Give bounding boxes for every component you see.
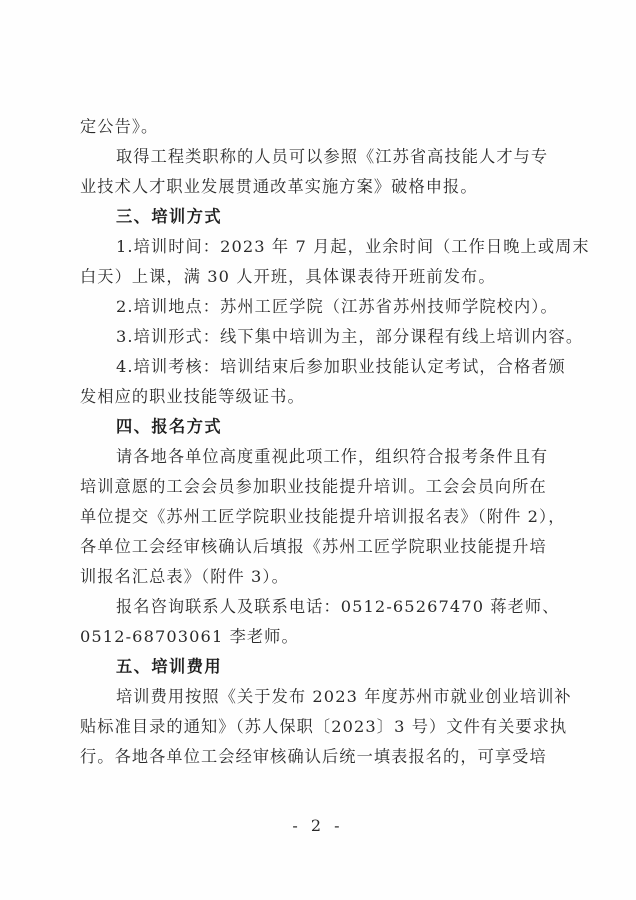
text-line: 贴标准目录的通知》（苏人保职〔2023〕3 号）文件有关要求执 <box>80 716 558 738</box>
paragraph-line: 3.培训形式：线下集中培训为主，部分课程有线上培训内容。 <box>116 326 594 348</box>
text-line: 培训意愿的工会会员参加职业技能提升培训。工会会员向所在 <box>80 476 558 498</box>
paragraph-line: 取得工程类职称的人员可以参照《江苏省高技能人才与专 <box>116 146 594 168</box>
text-line: 行。各地各单位工会经审核确认后统一填表报名的，可享受培 <box>80 746 558 768</box>
page-number: - 2 - <box>0 816 636 835</box>
section-heading-4: 四、报名方式 <box>116 416 594 438</box>
paragraph-line: 报名咨询联系人及联系电话：0512-65267470 蒋老师、 <box>116 596 594 618</box>
section-heading-5: 五、培训费用 <box>116 656 594 678</box>
text-line: 单位提交《苏州工匠学院职业技能提升培训报名表》（附件 2）， <box>80 506 558 528</box>
text-line: 白天）上课，满 30 人开班，具体课表待开班前发布。 <box>80 266 558 288</box>
text-line: 发相应的职业技能等级证书。 <box>80 386 558 408</box>
document-page: 定公告》。 取得工程类职称的人员可以参照《江苏省高技能人才与专 业技术人才职业发… <box>0 0 636 900</box>
paragraph-line: 2.培训地点：苏州工匠学院（江苏省苏州技师学院校内）。 <box>116 296 594 318</box>
text-line: 0512-68703061 李老师。 <box>80 626 558 648</box>
paragraph-line: 培训费用按照《关于发布 2023 年度苏州市就业创业培训补 <box>116 686 594 708</box>
section-heading-3: 三、培训方式 <box>116 206 594 228</box>
text-line: 定公告》。 <box>80 116 558 138</box>
paragraph-line: 请各地各单位高度重视此项工作，组织符合报考条件且有 <box>116 446 594 468</box>
paragraph-line: 4.培训考核：培训结束后参加职业技能认定考试，合格者颁 <box>116 356 594 378</box>
text-line: 训报名汇总表》（附件 3）。 <box>80 566 558 588</box>
text-line: 各单位工会经审核确认后填报《苏州工匠学院职业技能提升培 <box>80 536 558 558</box>
paragraph-line: 1.培训时间：2023 年 7 月起，业余时间（工作日晚上或周末 <box>116 236 594 258</box>
text-line: 业技术人才职业发展贯通改革实施方案》破格申报。 <box>80 176 558 198</box>
